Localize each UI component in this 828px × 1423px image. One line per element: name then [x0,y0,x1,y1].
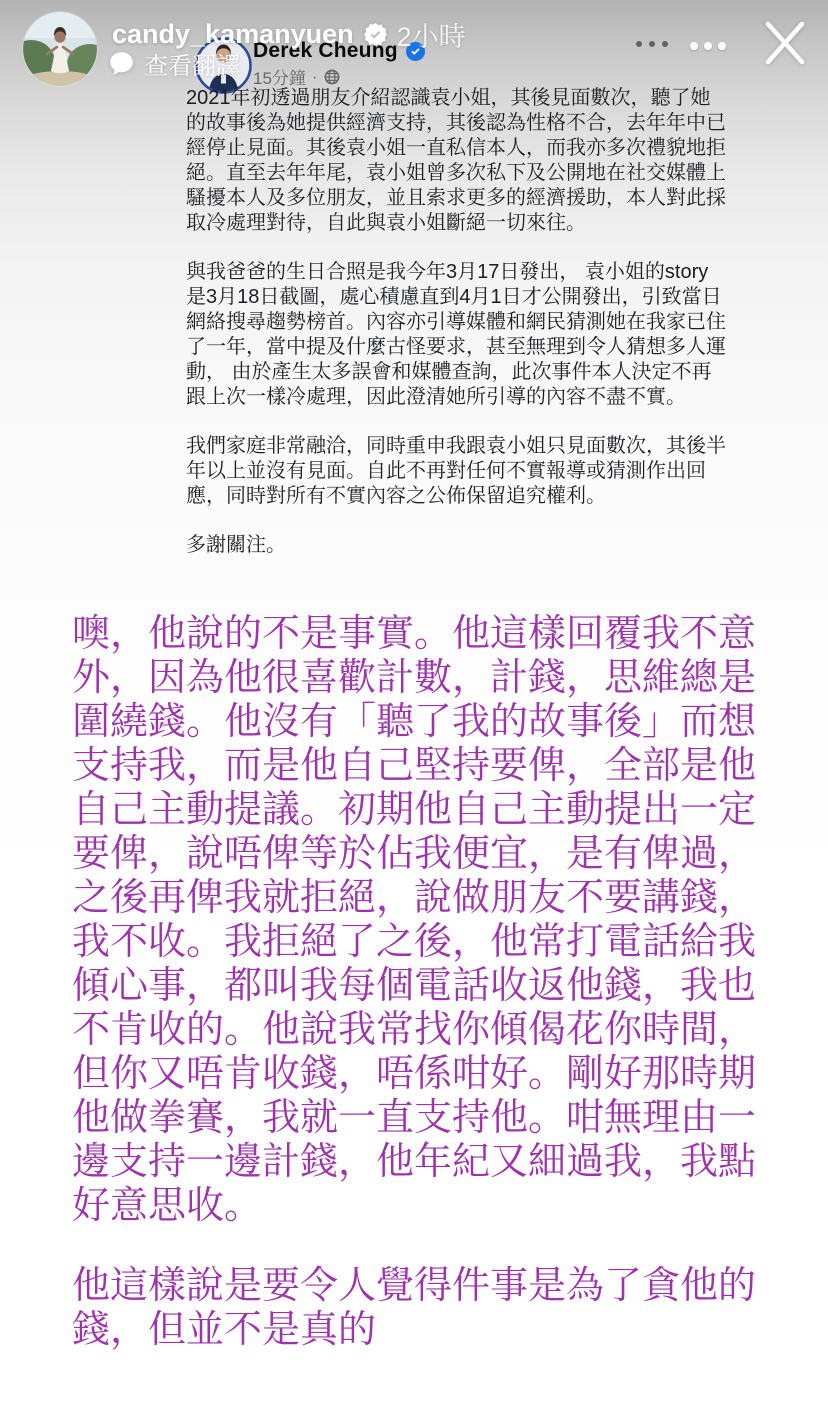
story-commentary-text: 噢，他說的不是事實。他這樣回覆我不意外，因為他很喜歡計數，計錢，思維總是圍繞錢。… [72,612,764,1352]
story-timestamp: 2小時 [397,15,466,54]
post-paragraph: 多謝關注。 [186,533,728,558]
meta-separator: · [312,67,318,87]
story-viewport: candy_kamanyuen 2小時 查看翻譯 [0,0,828,1423]
ellipsis-dot [704,42,712,50]
globe-icon [324,69,340,85]
beach-photo-avatar-image [23,12,97,86]
post-more-icon [636,41,668,47]
story-author-avatar[interactable] [23,12,97,86]
ellipsis-dot [636,41,642,47]
post-paragraph: 與我爸爸的生日合照是我今年3月17日發出， 袁小姐的story 是3月18日截圖… [186,260,728,410]
ellipsis-dot [649,41,655,47]
story-more-button[interactable] [688,36,728,56]
post-paragraph: 我們家庭非常融洽，同時重申我跟袁小姐只見面數次，其後半年以上並沒有見面。自此不再… [186,434,728,509]
verified-badge-icon [364,23,387,46]
chat-bubble-icon [108,50,135,77]
close-x-icon [758,16,812,70]
story-close-button[interactable] [758,16,812,70]
ellipsis-dot [662,41,668,47]
commentary-paragraph: 噢，他說的不是事實。他這樣回覆我不意外，因為他很喜歡計數，計錢，思維總是圍繞錢。… [72,612,764,1228]
ellipsis-dot [718,42,726,50]
post-paragraph: 2021年初透過朋友介紹認識袁小姐，其後見面數次，聽了她的故事後為她提供經濟支持… [186,86,728,236]
story-header: candy_kamanyuen 2小時 [112,15,466,54]
commentary-paragraph: 他這樣說是要令人覺得件事是為了貪他的錢，但並不是真的 [72,1264,764,1352]
post-body: 2021年初透過朋友介紹認識袁小姐，其後見面數次，聽了她的故事後為她提供經濟支持… [186,86,728,558]
ellipsis-dot [690,42,698,50]
story-author-username[interactable]: candy_kamanyuen [112,19,354,50]
